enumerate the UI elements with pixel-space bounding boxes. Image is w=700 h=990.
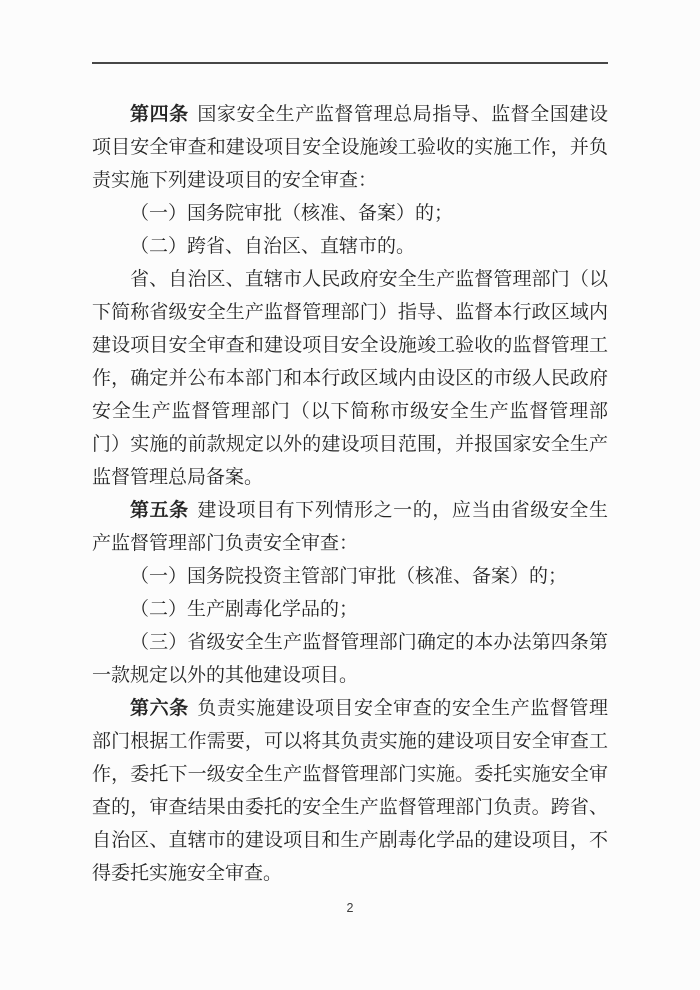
item-text: （三）省级安全生产监督管理部门确定的本办法第四条第一款规定以外的其他建设项目。 — [92, 632, 608, 686]
document-page: 第四条国家安全生产监督管理总局指导、监督全国建设项目安全审查和建设项目安全设施竣… — [0, 0, 700, 990]
article-4-number: 第四条 — [130, 104, 189, 125]
paragraph-article-4: 第四条国家安全生产监督管理总局指导、监督全国建设项目安全审查和建设项目安全设施竣… — [92, 98, 608, 197]
page-footer: 2 — [92, 899, 608, 917]
article-6-number: 第六条 — [130, 698, 189, 719]
item-text: （二）生产剧毒化学品的； — [130, 599, 358, 620]
paragraph-article-4-item-1: （一）国务院审批（核准、备案）的； — [92, 197, 608, 230]
paragraph-article-5-item-1: （一）国务院投资主管部门审批（核准、备案）的； — [92, 560, 608, 593]
document-body: 第四条国家安全生产监督管理总局指导、监督全国建设项目安全审查和建设项目安全设施竣… — [92, 98, 608, 890]
item-text: （一）国务院投资主管部门审批（核准、备案）的； — [130, 566, 567, 587]
paragraph-article-5-item-2: （二）生产剧毒化学品的； — [92, 593, 608, 626]
page-number: 2 — [347, 901, 354, 915]
paragraph-article-5-item-3: （三）省级安全生产监督管理部门确定的本办法第四条第一款规定以外的其他建设项目。 — [92, 626, 608, 692]
item-text: （二）跨省、自治区、直辖市的。 — [130, 236, 415, 257]
article-6-text: 负责实施建设项目安全审查的安全生产监督管理部门根据工作需要，可以将其负责实施的建… — [92, 698, 608, 884]
item-text: （一）国务院审批（核准、备案）的； — [130, 203, 453, 224]
paragraph-article-6: 第六条负责实施建设项目安全审查的安全生产监督管理部门根据工作需要，可以将其负责实… — [92, 692, 608, 890]
paragraph-article-5: 第五条建设项目有下列情形之一的，应当由省级安全生产监督管理部门负责安全审查： — [92, 494, 608, 560]
paragraph-article-4-clause-2: 省、自治区、直辖市人民政府安全生产监督管理部门（以下简称省级安全生产监督管理部门… — [92, 263, 608, 494]
header-rule — [92, 62, 608, 64]
article-5-number: 第五条 — [130, 500, 189, 521]
clause-text: 省、自治区、直辖市人民政府安全生产监督管理部门（以下简称省级安全生产监督管理部门… — [92, 269, 608, 488]
paragraph-article-4-item-2: （二）跨省、自治区、直辖市的。 — [92, 230, 608, 263]
